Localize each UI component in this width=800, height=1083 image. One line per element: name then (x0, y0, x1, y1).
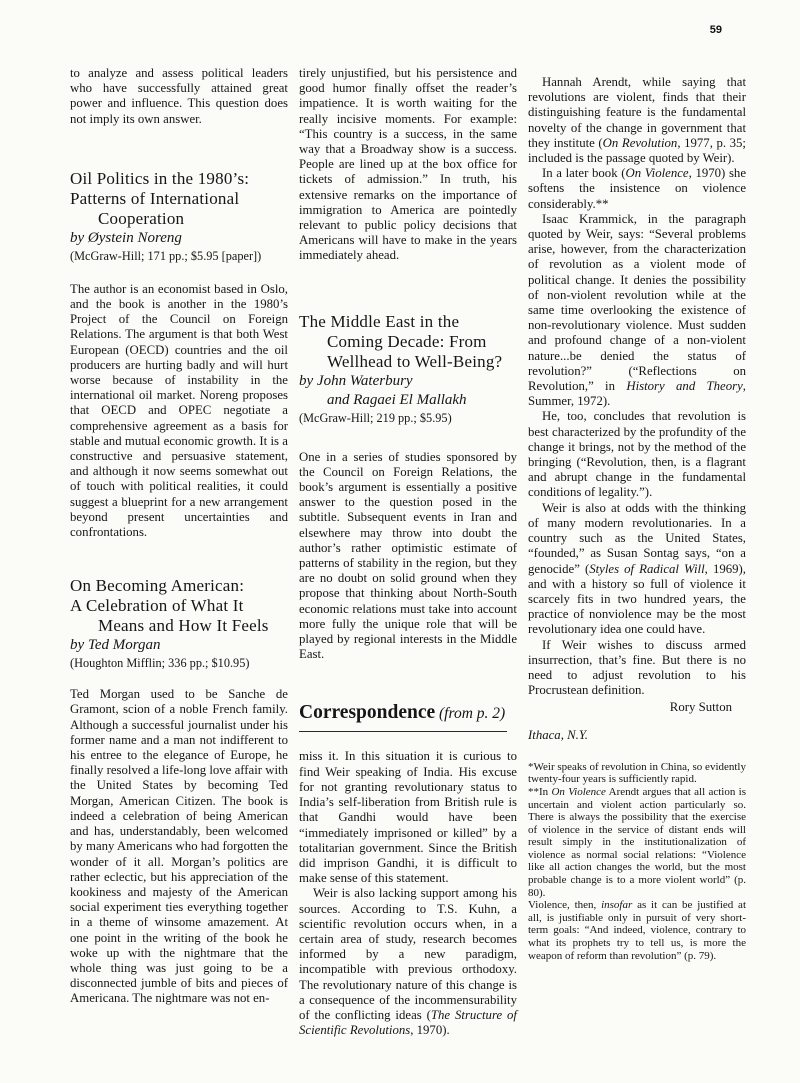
column-3: Hannah Arendt, while saying that revolut… (528, 66, 746, 1038)
review-byline: by John Waterbury (299, 372, 517, 391)
three-column-layout: to analyze and assess political leaders … (70, 66, 746, 1038)
review-continuation-paragraph: tirely unjustified, but his persistence … (299, 66, 517, 264)
review-publisher: (McGraw-Hill; 219 pp.; $5.95) (299, 410, 517, 426)
letter-paragraph: miss it. In this situation it is curious… (299, 749, 517, 886)
review-title-line: Cooperation (70, 209, 288, 229)
correspondence-title: Correspondence (299, 702, 435, 723)
correspondence-subtitle: (from p. 2) (435, 705, 505, 722)
review-byline: and Ragaei El Mallakh (299, 391, 517, 410)
review-title-line: A Celebration of What It (70, 596, 288, 616)
letter-paragraph: Weir is also at odds with the thinking o… (528, 501, 746, 638)
column-2: tirely unjustified, but his persistence … (299, 66, 517, 1038)
review-heading-oil-politics: Oil Politics in the 1980’s: Patterns of … (70, 169, 288, 264)
review-publisher: (Houghton Mifflin; 336 pp.; $10.95) (70, 655, 288, 671)
review-title-line: The Middle East in the (299, 312, 517, 332)
review-title-line: Wellhead to Well-Being? (299, 352, 517, 372)
review-title-line: Oil Politics in the 1980’s: (70, 169, 288, 189)
review-byline: by Øystein Noreng (70, 229, 288, 248)
page-number: 59 (710, 24, 722, 36)
letter-paragraph: In a later book (On Violence, 1970) she … (528, 166, 746, 212)
column-1: to analyze and assess political leaders … (70, 66, 288, 1038)
correspondence-heading: Correspondence (from p. 2) (299, 702, 517, 732)
review-publisher: (McGraw-Hill; 171 pp.; $5.95 [paper]) (70, 248, 288, 264)
review-body: The author is an economist based in Oslo… (70, 282, 288, 540)
signature-place: Ithaca, N.Y. (528, 728, 746, 743)
letter-paragraph: Isaac Krammick, in the paragraph quoted … (528, 212, 746, 410)
intro-continuation-paragraph: to analyze and assess political leaders … (70, 66, 288, 127)
footnotes: *Weir speaks of revolution in China, so … (528, 761, 746, 963)
letter-paragraph: Weir is also lacking support among his s… (299, 886, 517, 1038)
review-title-line: Patterns of International (70, 189, 288, 209)
letter-paragraph: He, too, concludes that revolution is be… (528, 409, 746, 500)
review-title-line: Means and How It Feels (70, 616, 288, 636)
review-title-line: Coming Decade: From (299, 332, 517, 352)
review-heading-middle-east: The Middle East in the Coming Decade: Fr… (299, 312, 517, 426)
signature-name: Rory Sutton (528, 700, 746, 715)
review-byline: by Ted Morgan (70, 636, 288, 655)
footnote: Violence, then, insofar as it can be jus… (528, 899, 746, 962)
letter-paragraph: Hannah Arendt, while saying that revolut… (528, 75, 746, 166)
review-title-line: On Becoming American: (70, 576, 288, 596)
correspondence-rule (299, 731, 507, 732)
footnote: *Weir speaks of revolution in China, so … (528, 761, 746, 786)
footnote: **In On Violence Arendt argues that all … (528, 786, 746, 899)
review-heading-on-becoming-american: On Becoming American: A Celebration of W… (70, 576, 288, 671)
review-body: Ted Morgan used to be Sanche de Gramont,… (70, 687, 288, 1006)
magazine-page: { "page": { "number": "59" }, "columns":… (0, 0, 800, 1083)
review-body: One in a series of studies sponsored by … (299, 450, 517, 663)
letter-paragraph: If Weir wishes to discuss armed insurrec… (528, 638, 746, 699)
